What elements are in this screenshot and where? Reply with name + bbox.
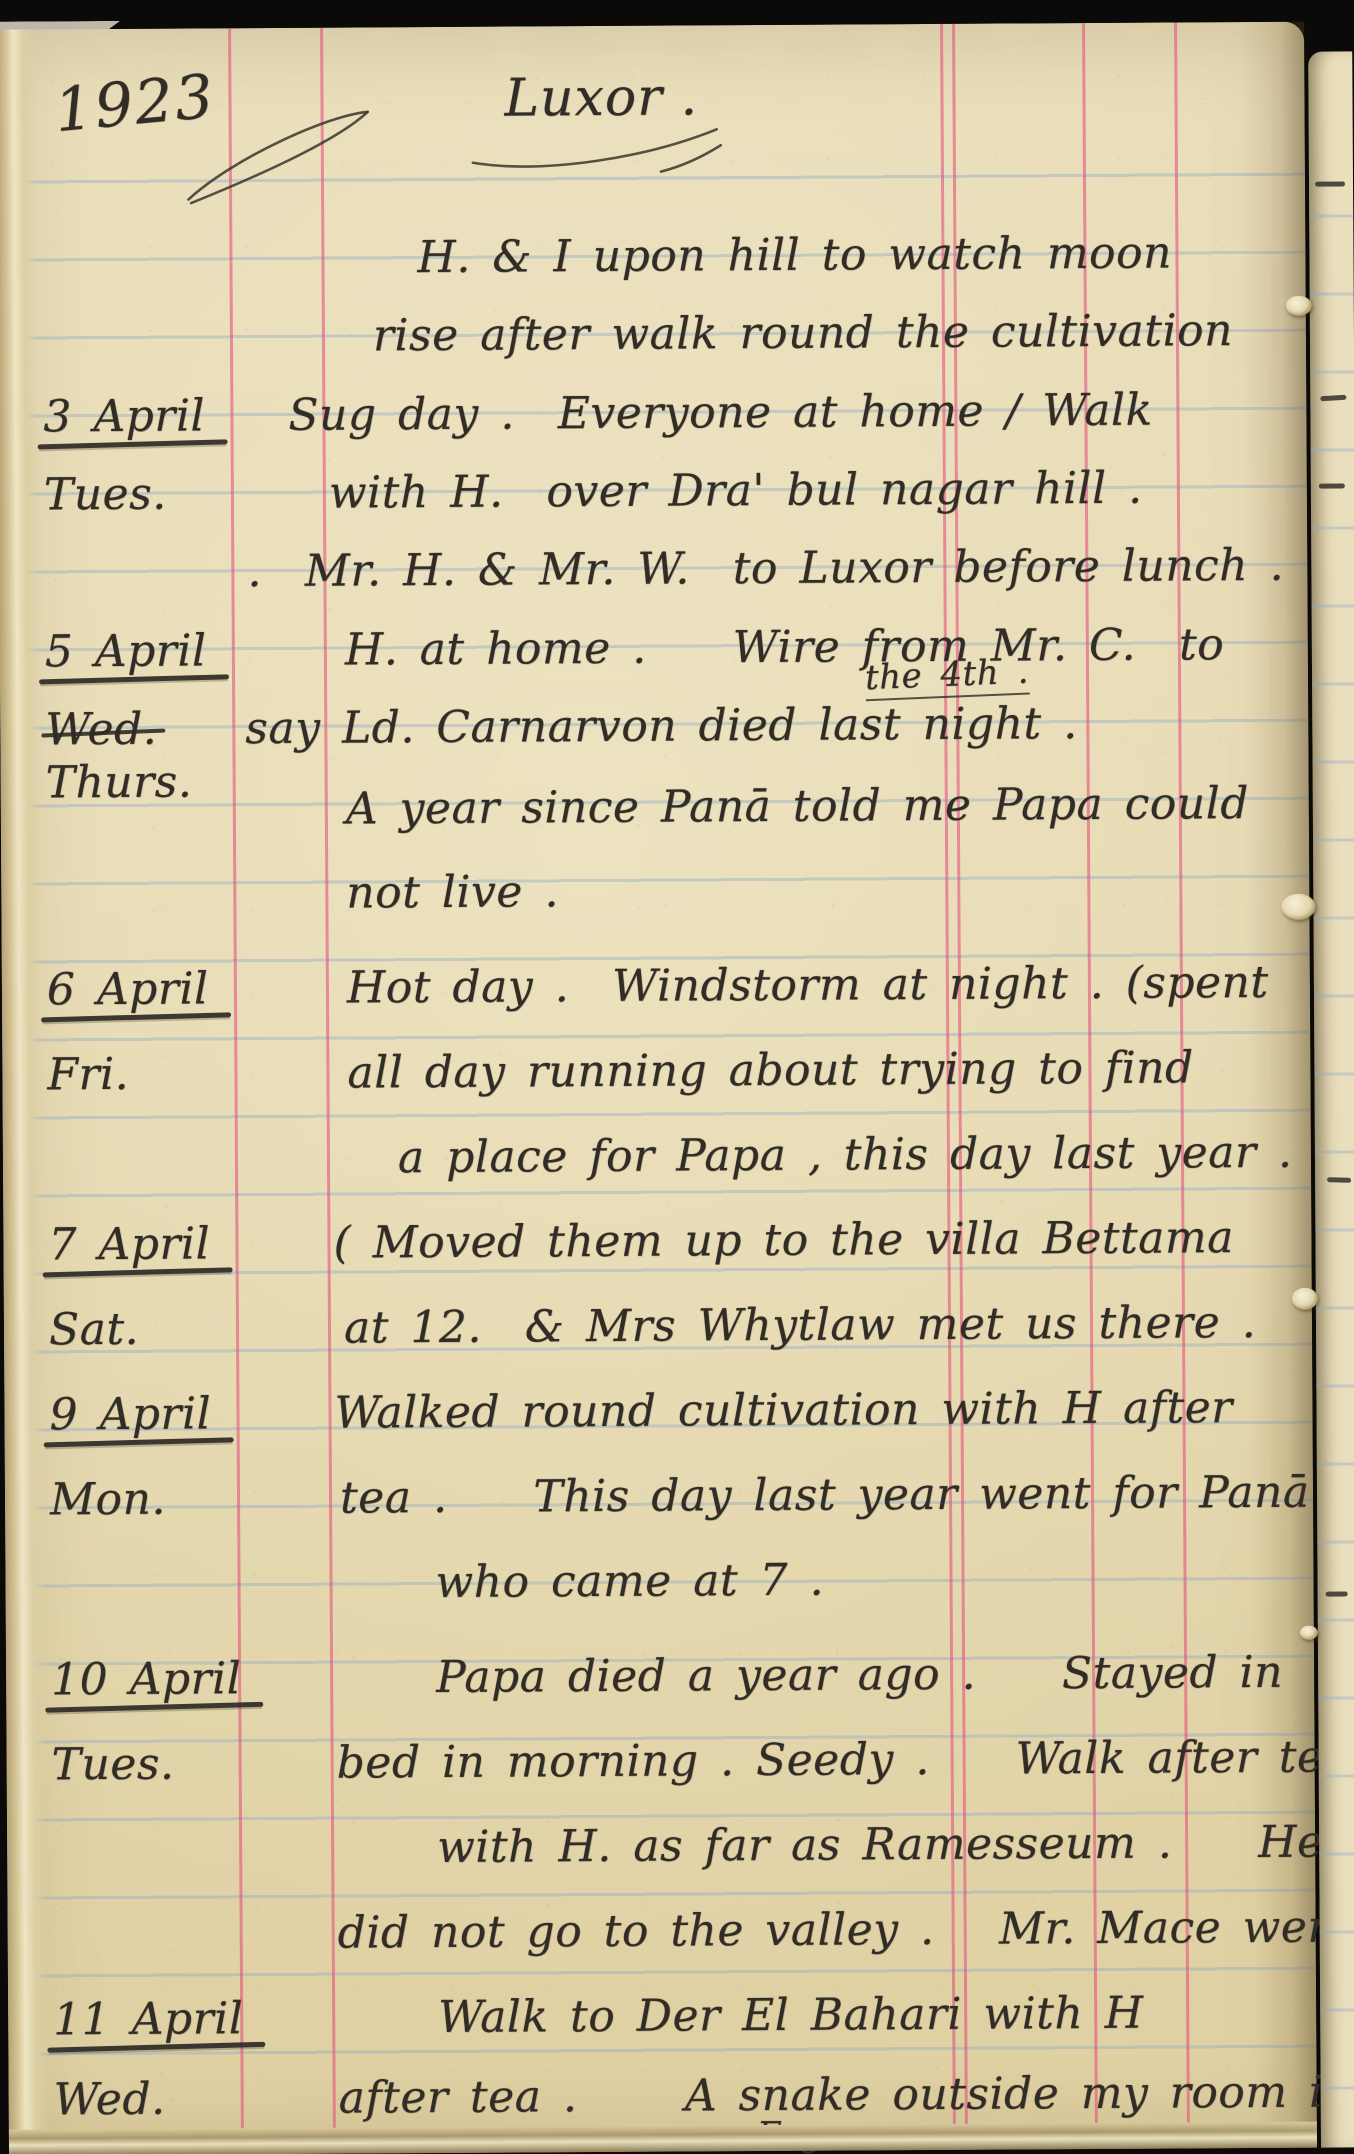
facing-page-ink-mark <box>1319 483 1345 488</box>
diary-line: not live . <box>1 862 1301 942</box>
entry-text: rise after walk round the cultivation <box>373 305 1233 361</box>
entry-date: Tues. <box>44 469 167 521</box>
diary-line: H. & I upon hill to watch moon <box>0 227 1298 307</box>
entry-date: Fri. <box>47 1049 129 1100</box>
diary-line: did not go to the valley . Mr. Mace went… <box>8 1902 1308 1982</box>
diary-line: Mon. tea . This day last year went for P… <box>5 1467 1305 1547</box>
torn-paper-spot <box>1292 1288 1318 1310</box>
entry-text: Walk to Der El Bahari with H <box>438 1988 1144 2043</box>
diary-lines: H. & I upon hill to watch moon rise afte… <box>0 22 1317 2154</box>
entry-text: all day running about trying to find <box>347 1042 1194 1098</box>
entry-text: a place for Papa , this day last year . <box>398 1127 1293 1183</box>
entry-date: 7 April <box>48 1218 210 1270</box>
entry-text: tea . This day last year went for Panā <box>340 1467 1310 1524</box>
entry-text: say Ld. Carnarvon died last night . <box>245 698 1078 754</box>
entry-text: Hot day . Windstorm at night . (spent <box>347 957 1269 1014</box>
torn-paper-spot <box>1286 296 1312 316</box>
entry-text: Papa died a year ago . Stayed in <box>436 1647 1283 1703</box>
entry-text: H. at home . Wire from Mr. C. to <box>345 619 1225 675</box>
entry-text: bed in morning . Seedy . Walk after tea <box>337 1731 1351 1788</box>
entry-text: who came at 7 . <box>435 1555 824 1608</box>
diary-line: 5 April H. at home . Wire from Mr. C. to <box>0 619 1300 699</box>
entry-date: 6 April <box>47 963 209 1015</box>
entry-text: with H. over Dra' bul nagar hill . <box>329 463 1143 519</box>
diary-line: who came at 7 . <box>5 1552 1305 1632</box>
entry-text: Walked round cultivation with H after <box>334 1382 1233 1438</box>
entry-text: H. & I upon hill to watch moon <box>417 227 1172 283</box>
open-diary-book: 1923 Luxor . H. & I upon hill to watch m… <box>0 0 1354 2154</box>
entry-date: Sat. <box>49 1304 139 1356</box>
diary-line: 6 April Hot day . Windstorm at night . (… <box>2 957 1302 1037</box>
entry-text: A year since Panā told me Papa could <box>346 778 1249 835</box>
torn-paper-spot <box>1300 1626 1318 1640</box>
entry-text: after tea . A snake outside my room in <box>339 2066 1353 2123</box>
entry-date: 3 April <box>43 390 205 442</box>
diary-line: Fri. all day running about trying to fin… <box>2 1042 1302 1122</box>
entry-text: at 12. & Mrs Whytlaw met us there . <box>344 1297 1256 1354</box>
entry-date: 9 April <box>49 1388 211 1440</box>
diary-line: 3 April Sug day . Everyone at home ∕ Wal… <box>0 384 1299 464</box>
facing-page-ink-mark <box>1327 1177 1351 1183</box>
inserted-note: the 4th . <box>864 652 1029 702</box>
diary-line: Wed. say Ld. Carnarvon died last night .… <box>0 697 1300 777</box>
diary-line: rise after walk round the cultivation <box>0 305 1298 385</box>
entry-text: Sug day . Everyone at home ∕ Walk <box>288 385 1153 441</box>
diary-line: . Mr. H. & Mr. W. to Luxor before lunch … <box>0 540 1300 620</box>
diary-page: 1923 Luxor . H. & I upon hill to watch m… <box>0 22 1317 2154</box>
diary-line: Thurs. A year since Panā told me Papa co… <box>1 778 1301 858</box>
entry-date: Thurs. <box>46 756 193 808</box>
entry-date: 11 April <box>53 1993 243 2045</box>
entry-text: with H. as far as Ramesseum . He <box>437 1817 1324 1873</box>
facing-page-ink-mark <box>1315 181 1345 186</box>
entry-date: Tues. <box>52 1739 175 1791</box>
entry-date: Wed. <box>54 2074 166 2126</box>
diary-line: a place for Papa , this day last year . <box>3 1127 1303 1207</box>
diary-line: Sat. at 12. & Mrs Whytlaw met us there . <box>4 1297 1304 1377</box>
facing-page-ink-mark <box>1326 1591 1348 1596</box>
diary-line: Tues. with H. over Dra' bul nagar hill . <box>0 462 1299 542</box>
torn-paper-spot <box>1281 894 1315 920</box>
diary-line: 11 April Walk to Der El Bahari with H <box>8 1987 1308 2067</box>
entry-date: Wed. <box>45 704 157 756</box>
entry-date: 5 April <box>45 625 207 677</box>
diary-line: 7 April ( Moved them up to the villa Bet… <box>3 1212 1303 1292</box>
diary-line: with H. as far as Ramesseum . He <box>7 1817 1307 1897</box>
entry-text: ( Moved them up to the villa Bettama <box>333 1212 1234 1268</box>
diary-line: Tues. bed in morning . Seedy . Walk afte… <box>7 1732 1307 1812</box>
entry-date: 10 April <box>51 1653 241 1705</box>
entry-text: not live . <box>346 866 559 918</box>
entry-text: did not go to the valley . Mr. Mace went… <box>338 1901 1354 1958</box>
entry-text: . Mr. H. & Mr. W. to Luxor before lunch … <box>247 540 1284 597</box>
entry-date: Mon. <box>50 1474 166 1526</box>
diary-line: 10 April Papa died a year ago . Stayed i… <box>6 1647 1306 1727</box>
diary-line: 9 April Walked round cultivation with H … <box>4 1382 1304 1462</box>
